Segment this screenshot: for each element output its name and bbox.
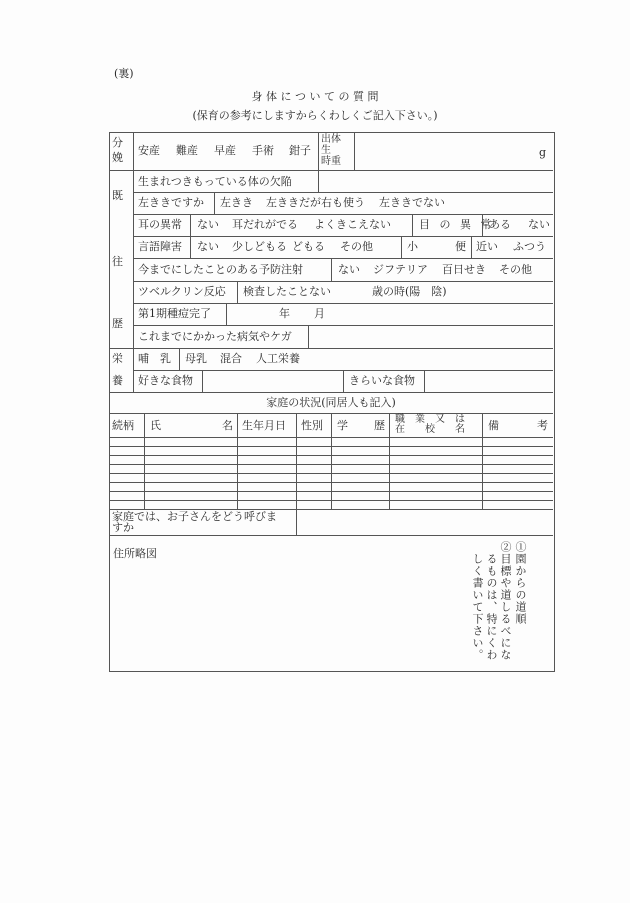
- ear-option-none[interactable]: ない: [197, 219, 219, 231]
- birth-weight-label-2: 生: [321, 145, 331, 156]
- divider: [401, 236, 402, 258]
- speech-option-other[interactable]: その他: [340, 241, 373, 253]
- smallpox-month-label: 月: [314, 308, 325, 320]
- column-notes-left: 備: [488, 420, 499, 432]
- column-birthdate: 生年月日: [242, 420, 286, 432]
- divider: [109, 348, 553, 349]
- nickname-label-line1: 家庭では、お子さんをどう呼びま: [112, 511, 277, 523]
- family-table-row[interactable]: [110, 465, 552, 473]
- speech-option-stutter[interactable]: どもる: [292, 241, 325, 253]
- urination-label-right: 便: [455, 241, 466, 253]
- address-map-drawing-area[interactable]: [110, 560, 470, 668]
- past-illness-input[interactable]: [309, 326, 552, 348]
- history-section-label-2: 往: [112, 256, 123, 268]
- nickname-input[interactable]: [297, 510, 552, 535]
- birth-section-label-1: 分: [112, 137, 123, 149]
- column-name-left: 氏: [150, 420, 161, 432]
- address-map-label: 住所略図: [113, 548, 157, 560]
- feeding-option-breast[interactable]: 母乳: [185, 353, 207, 365]
- urination-option-frequent[interactable]: 近い: [476, 241, 498, 253]
- urination-label-left: 小: [407, 241, 418, 253]
- birth-option-forceps[interactable]: 鉗子: [289, 145, 311, 157]
- divider: [482, 214, 483, 236]
- left-handed-option-no[interactable]: 左ききでない: [379, 197, 445, 209]
- divider: [133, 258, 553, 259]
- map-instruction-2b: るものは、特にくわ: [485, 553, 498, 661]
- divider: [133, 214, 553, 215]
- birth-option-premature[interactable]: 早産: [214, 145, 236, 157]
- birth-weight-label-1: 出体: [321, 134, 341, 145]
- speech-option-none[interactable]: ない: [197, 241, 219, 253]
- vaccination-label: 今までにしたことのある予防注射: [138, 264, 303, 276]
- birth-weight-label-3: 時重: [321, 156, 341, 167]
- vaccination-option-none[interactable]: ない: [338, 264, 360, 276]
- divider: [412, 214, 413, 236]
- divider: [109, 392, 553, 393]
- divider: [237, 281, 238, 303]
- eye-abnormality-label: 目 の 異 常: [419, 219, 495, 231]
- smallpox-label: 第1期種痘完了: [138, 308, 211, 320]
- column-occupation-line2: 在 校 名: [395, 424, 465, 435]
- ear-option-discharge[interactable]: 耳だれがでる: [232, 219, 298, 231]
- past-illness-label: これまでにかかった病気やケガ: [138, 331, 292, 343]
- left-handed-option-both[interactable]: 左ききだが右も使う: [266, 197, 365, 209]
- birth-option-normal[interactable]: 安産: [138, 145, 160, 157]
- feeding-option-mixed[interactable]: 混合: [220, 353, 242, 365]
- divider: [343, 370, 344, 392]
- nutrition-section-label-2: 養: [112, 375, 123, 387]
- section-label-divider: [133, 132, 134, 392]
- divider: [331, 258, 332, 281]
- feeding-option-formula[interactable]: 人工栄養: [256, 353, 300, 365]
- history-section-label-1: 既: [112, 190, 123, 202]
- map-instruction-1: ①園からの道順: [514, 541, 527, 625]
- birth-weight-unit: g: [539, 147, 546, 159]
- divider: [471, 236, 472, 258]
- divider: [133, 192, 553, 193]
- column-name-right: 名: [222, 420, 233, 432]
- family-section-heading: 家庭の状況(同居人も記入): [109, 397, 553, 409]
- birth-section-label-2: 娩: [112, 152, 123, 164]
- tuberculin-age-input[interactable]: [345, 282, 367, 302]
- favorite-food-input[interactable]: [203, 371, 343, 392]
- family-table-row[interactable]: [110, 447, 552, 455]
- feeding-label: 哺 乳: [138, 353, 171, 365]
- birth-weight-input[interactable]: g: [355, 133, 552, 170]
- page-title: 身 体 に つ い て の 質 問: [0, 91, 630, 103]
- left-handed-option-yes[interactable]: 左きき: [220, 197, 253, 209]
- column-notes-right: 考: [537, 420, 548, 432]
- vaccination-option-other[interactable]: その他: [499, 264, 532, 276]
- birth-option-difficult[interactable]: 難産: [176, 145, 198, 157]
- divider: [133, 236, 553, 237]
- column-education-right: 歴: [374, 420, 385, 432]
- family-table-row[interactable]: [110, 456, 552, 464]
- divider: [318, 132, 319, 170]
- urination-option-normal[interactable]: ふつう: [513, 241, 546, 253]
- divider: [179, 348, 180, 370]
- vaccination-option-pertussis[interactable]: 百日せき: [442, 264, 486, 276]
- family-table-row[interactable]: [110, 474, 552, 482]
- side-label: (裏): [114, 68, 134, 80]
- nutrition-section-label-1: 栄: [112, 353, 123, 365]
- nickname-label-line2: すか: [112, 522, 134, 534]
- map-instruction-2a: ②目標や道しるべにな: [499, 541, 512, 661]
- ear-option-hearing[interactable]: よくきこえない: [314, 219, 391, 231]
- birth-type-field[interactable]: 安産 難産 早産 手術 鉗子: [134, 133, 317, 170]
- tuberculin-label: ツベルクリン反応: [138, 286, 226, 298]
- divider: [133, 281, 553, 282]
- family-table-row[interactable]: [110, 483, 552, 491]
- congenital-defect-input[interactable]: [319, 171, 552, 192]
- family-table-row[interactable]: [110, 492, 552, 500]
- eye-option-yes[interactable]: ある: [489, 219, 511, 231]
- vaccination-option-diphtheria[interactable]: ジフテリア: [373, 264, 428, 276]
- column-relation: 続柄: [112, 420, 134, 432]
- family-table-row[interactable]: [110, 501, 552, 509]
- left-handed-question: 左ききですか: [138, 197, 204, 209]
- page-subtitle: (保育の参考にしますからくわしくご記入下さい。): [0, 110, 630, 122]
- disliked-food-label: きらいな食物: [349, 375, 415, 387]
- speech-option-slight-stutter[interactable]: 少しどもる: [232, 241, 287, 253]
- divider: [109, 535, 553, 536]
- favorite-food-label: 好きな食物: [138, 375, 193, 387]
- eye-option-no[interactable]: ない: [528, 219, 550, 231]
- tuberculin-age-result: 歳の時(陽 陰): [372, 286, 447, 298]
- family-table-row[interactable]: [110, 438, 552, 446]
- column-sex: 性別: [301, 420, 323, 432]
- disliked-food-input[interactable]: [425, 371, 552, 392]
- history-section-label-3: 歴: [112, 318, 123, 330]
- column-education-left: 学: [337, 420, 348, 432]
- divider: [214, 192, 215, 214]
- congenital-defect-label: 生まれつきもっている体の欠陥: [138, 176, 292, 188]
- ear-abnormality-label: 耳の異常: [138, 219, 182, 231]
- birth-option-surgery[interactable]: 手術: [252, 145, 274, 157]
- map-instruction-2c: しく書いて下さい。: [471, 553, 484, 661]
- smallpox-year-label: 年: [279, 308, 290, 320]
- tuberculin-option-never[interactable]: 検査したことない: [243, 286, 331, 298]
- speech-disorder-label: 言語障害: [138, 241, 182, 253]
